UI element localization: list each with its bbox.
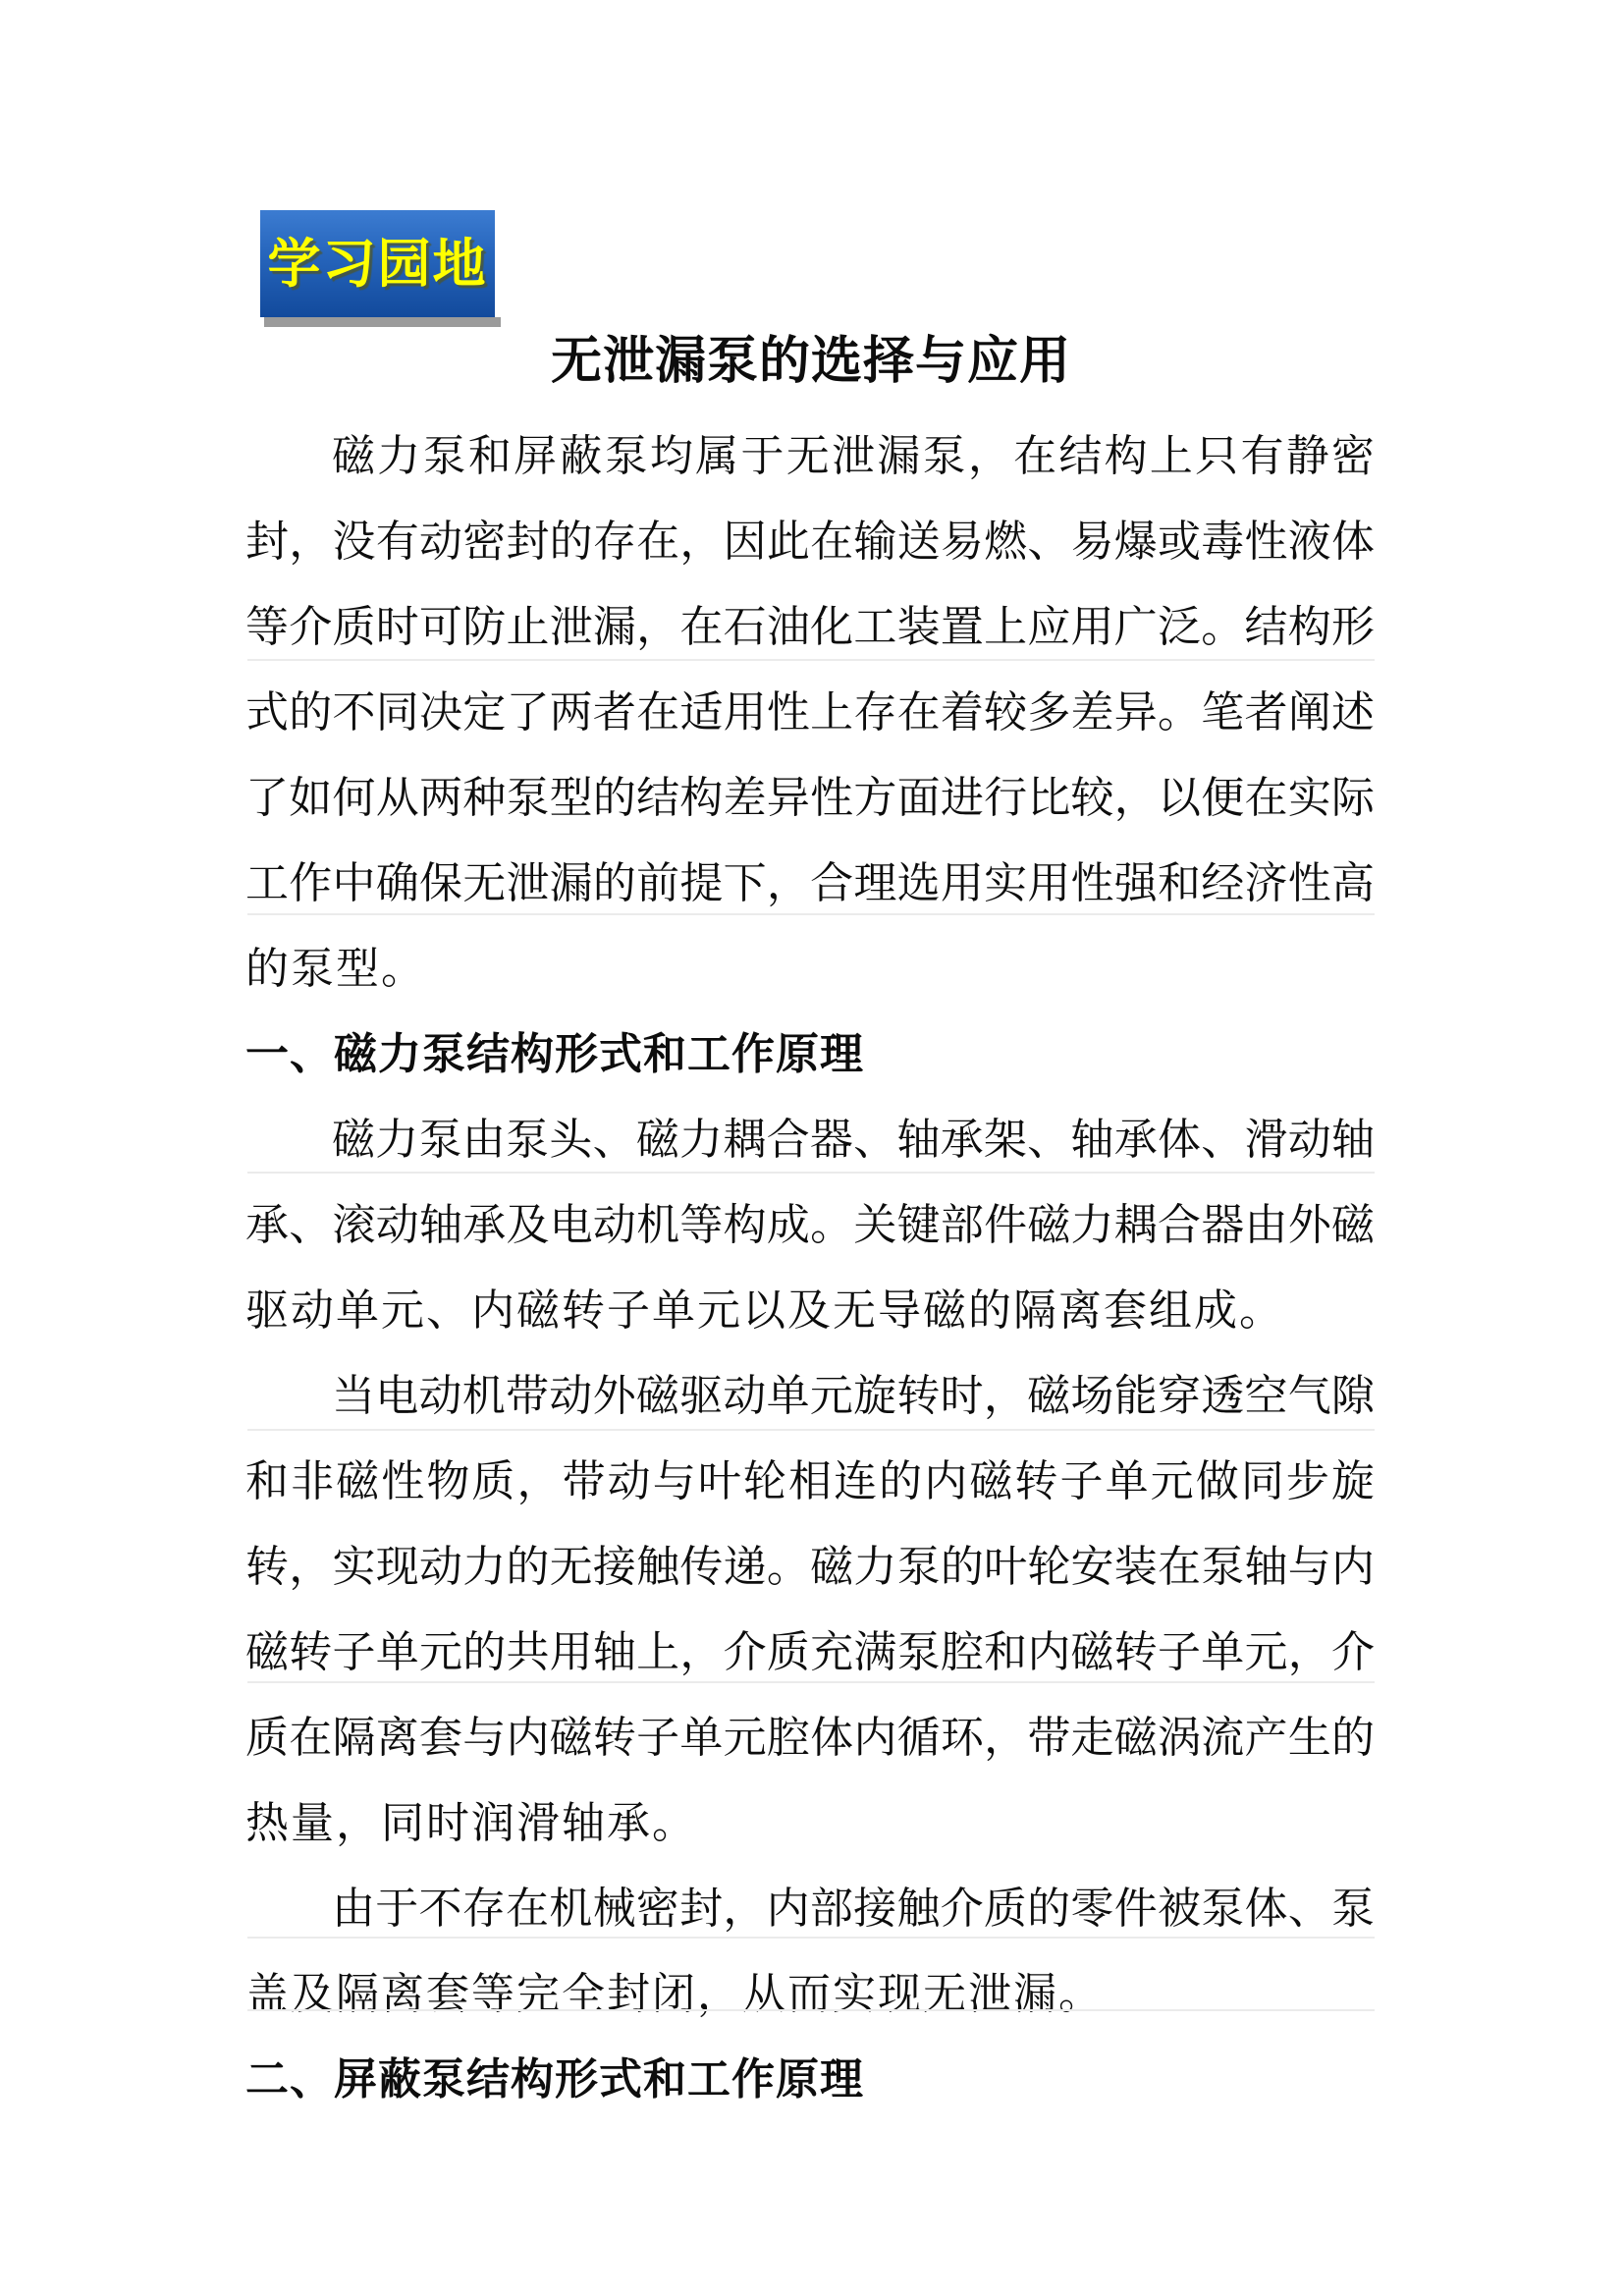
body-text-line: 盖及隔离套等完全封闭，从而实现无泄漏。: [245, 1951, 1375, 2037]
body-text-line: 当电动机带动外磁驱动单元旋转时，磁场能穿透空气隙: [245, 1353, 1375, 1439]
body-text-line: 磁力泵由泵头、磁力耦合器、轴承架、轴承体、滑动轴: [245, 1097, 1375, 1182]
body-text-line: 的泵型。: [245, 926, 1375, 1011]
image-seam-line: [247, 659, 1375, 661]
image-seam-line: [247, 1681, 1375, 1683]
section-heading: 二、屏蔽泵结构形式和工作原理: [245, 2037, 1375, 2122]
body-text-line: 驱动单元、内磁转子单元以及无导磁的隔离套组成。: [245, 1268, 1375, 1353]
document-page: 学习园地 无泄漏泵的选择与应用 磁力泵和屏蔽泵均属于无泄漏泵，在结构上只有静密封…: [0, 0, 1623, 2296]
body-text-line: 转，实现动力的无接触传递。磁力泵的叶轮安装在泵轴与内: [245, 1524, 1375, 1610]
body-text-line: 承、滚动轴承及电动机等构成。关键部件磁力耦合器由外磁: [245, 1182, 1375, 1268]
learning-corner-badge: 学习园地: [260, 210, 495, 317]
image-seam-line: [247, 1429, 1375, 1431]
body-text-line: 磁力泵和屏蔽泵均属于无泄漏泵，在结构上只有静密: [245, 413, 1375, 499]
image-seam-line: [247, 913, 1375, 915]
image-seam-line: [247, 2009, 1375, 2011]
document-title: 无泄漏泵的选择与应用: [247, 332, 1375, 393]
body-text-line: 质在隔离套与内磁转子单元腔体内循环，带走磁涡流产生的: [245, 1695, 1375, 1780]
badge-label: 学习园地: [268, 238, 488, 291]
document-body: 磁力泵和屏蔽泵均属于无泄漏泵，在结构上只有静密封，没有动密封的存在，因此在输送易…: [245, 413, 1375, 2122]
body-text-line: 式的不同决定了两者在适用性上存在着较多差异。笔者阐述: [245, 670, 1375, 755]
body-text-line: 等介质时可防止泄漏，在石油化工装置上应用广泛。结构形: [245, 584, 1375, 670]
body-text-line: 和非磁性物质，带动与叶轮相连的内磁转子单元做同步旋: [245, 1439, 1375, 1524]
body-text-line: 热量，同时润滑轴承。: [245, 1780, 1375, 1866]
image-seam-line: [247, 1172, 1375, 1174]
body-text-line: 封，没有动密封的存在，因此在输送易燃、易爆或毒性液体: [245, 499, 1375, 584]
section-heading: 一、磁力泵结构形式和工作原理: [245, 1011, 1375, 1097]
image-seam-line: [247, 1937, 1375, 1939]
body-text-line: 了如何从两种泵型的结构差异性方面进行比较，以便在实际: [245, 755, 1375, 841]
